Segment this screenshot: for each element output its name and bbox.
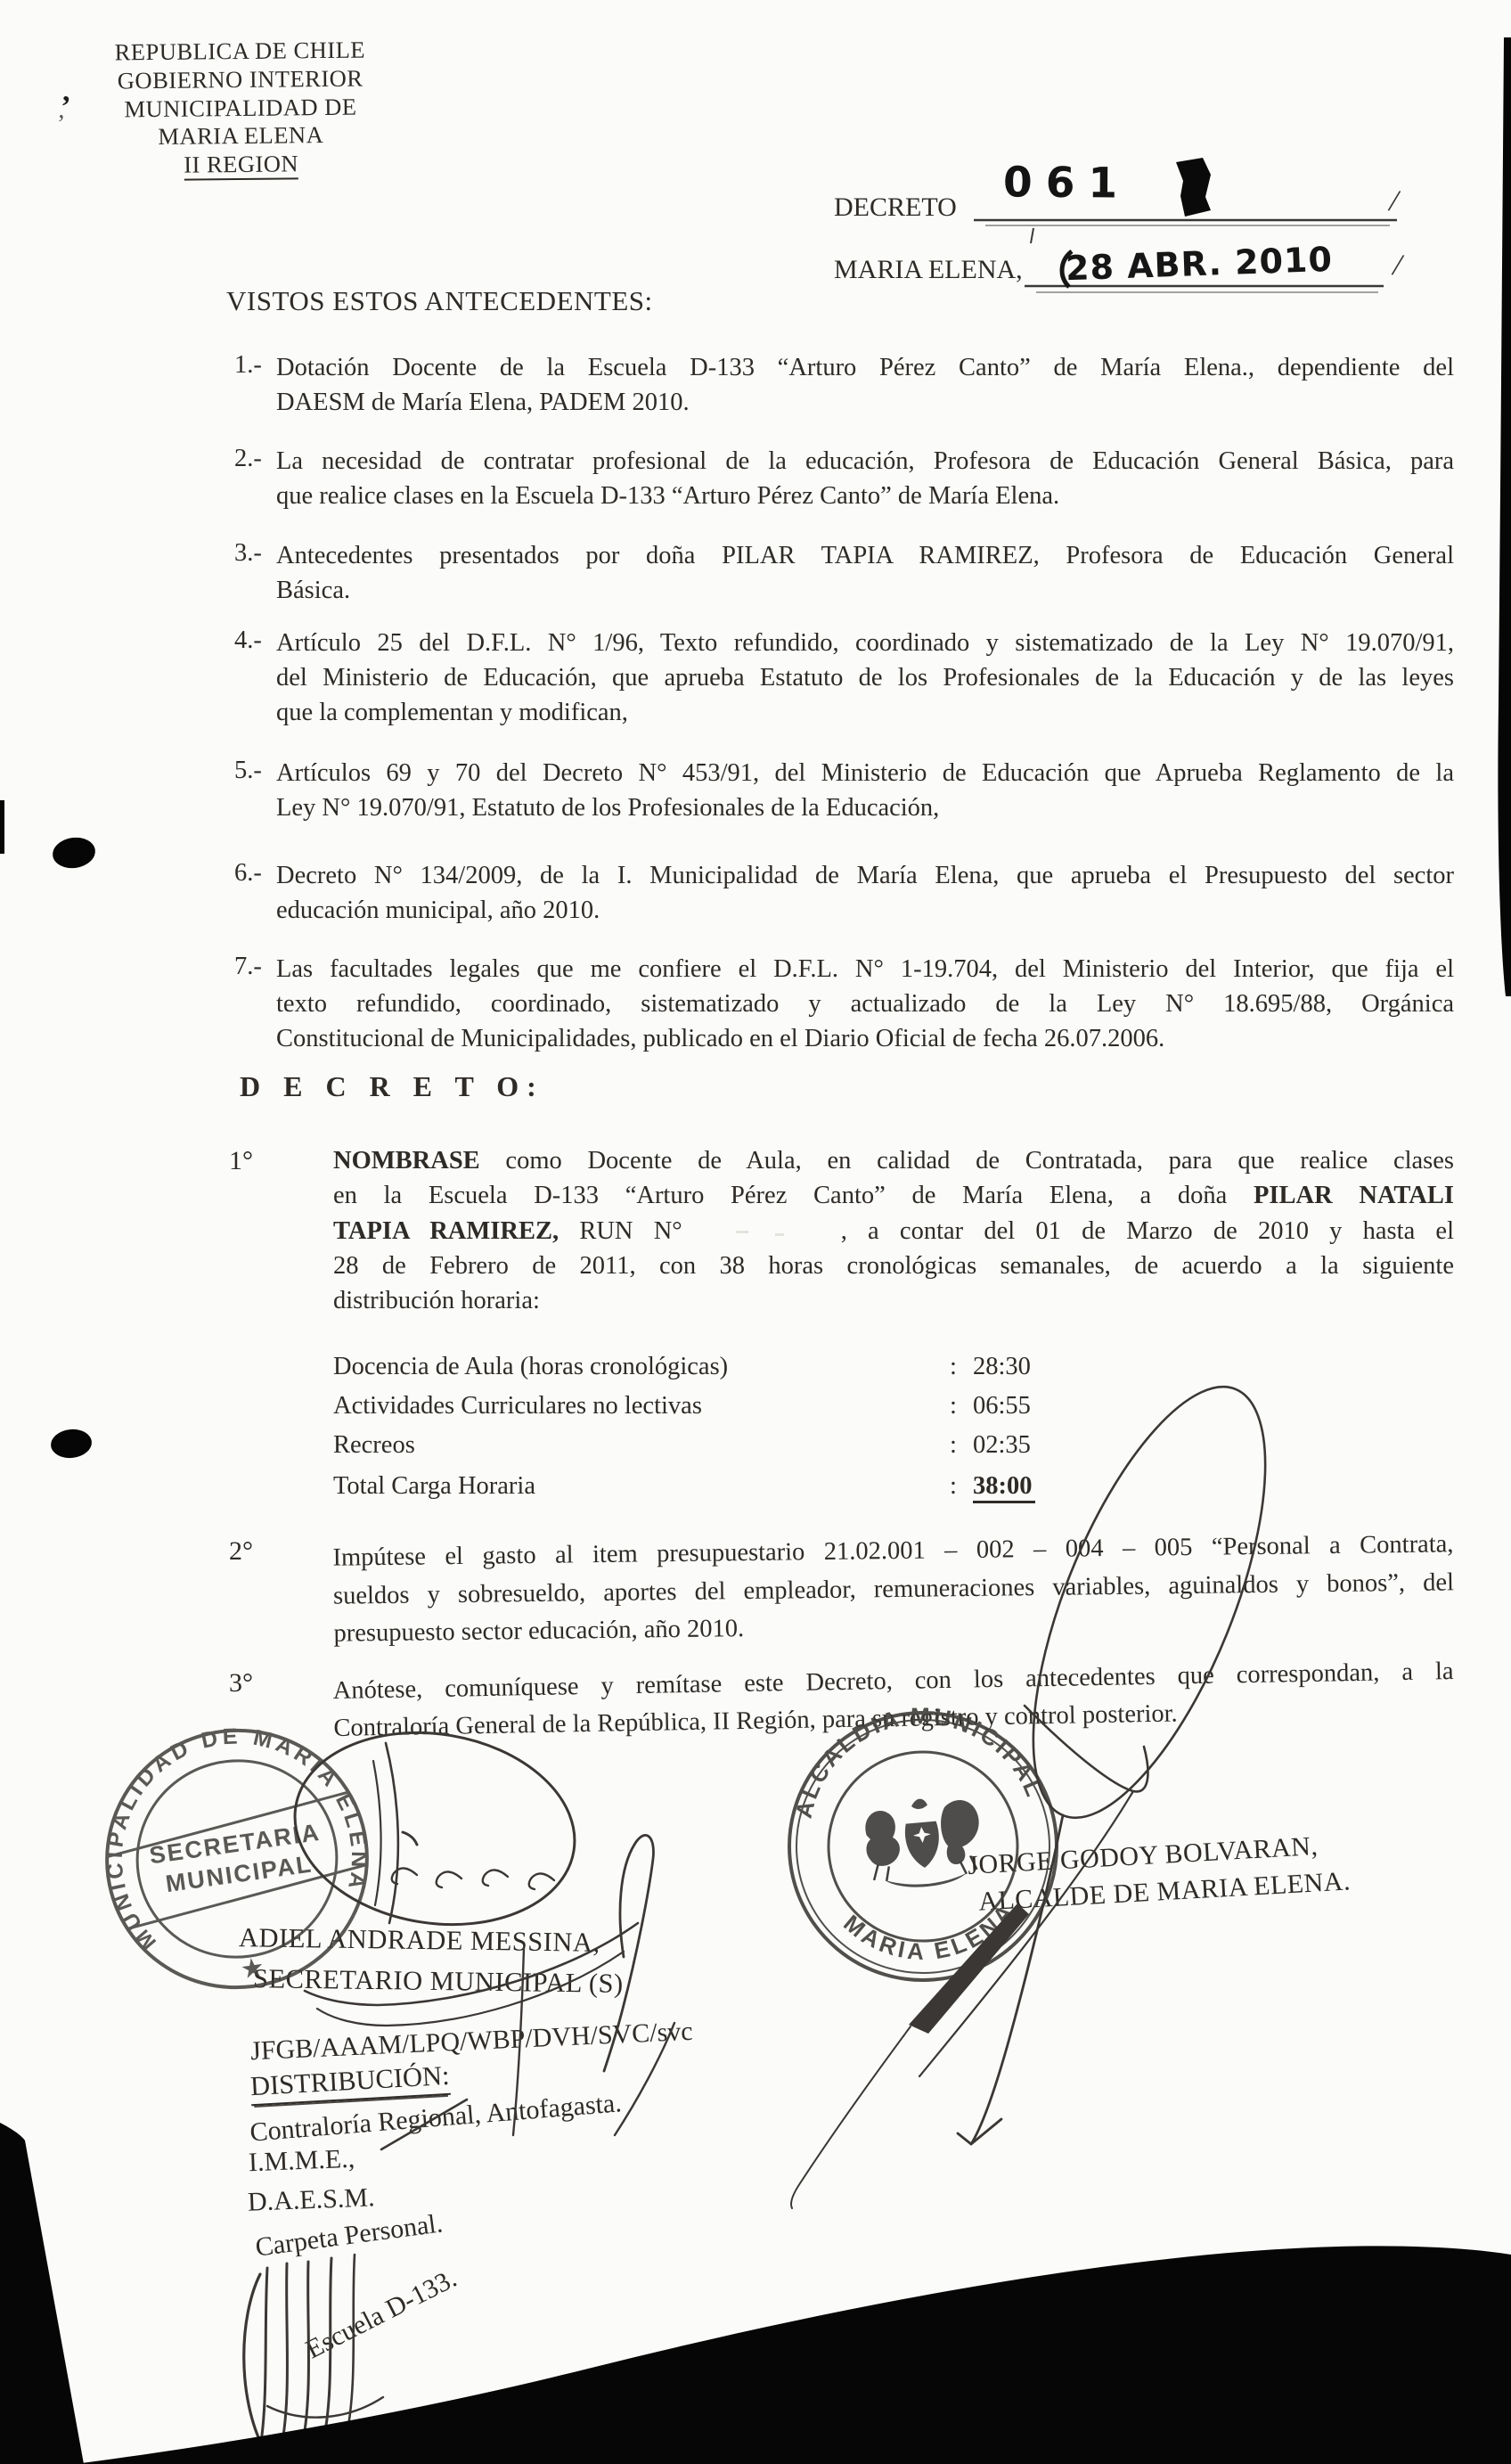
handwritten-slash: / <box>1386 181 1403 219</box>
item-line: Antecedentes presentados por doña PILAR … <box>276 538 1454 573</box>
row-label: Docencia de Aula (horas cronológicas) <box>333 1353 728 1380</box>
distribution-heading: DISTRIBUCIÓN: <box>249 2060 451 2106</box>
handwritten-slash: / <box>1390 245 1407 283</box>
resolution-number: 3° <box>229 1668 253 1699</box>
letterhead-region-line: II REGION <box>78 149 405 181</box>
paragraph-line: 28 de Febrero de 2011, con 38 horas cron… <box>333 1248 1454 1283</box>
secretary-title: SECRETARIO MUNICIPAL (S) <box>253 1963 624 2000</box>
item-line: La necesidad de contratar profesional de… <box>276 444 1454 479</box>
date-stamp: 28 ABR. 2010 <box>1065 240 1333 288</box>
scanned-decree-page: REPUBLICA DE CHILE GOBIERNO INTERIOR MUN… <box>0 0 1511 2464</box>
redacted-run-number <box>682 1223 841 1239</box>
letterhead-line: GOBIERNO INTERIOR <box>77 64 404 96</box>
item-number: 4.- <box>234 626 262 655</box>
row-label: Actividades Curriculares no lectivas <box>333 1392 702 1420</box>
item-line: del Ministerio de Educación, que aprueba… <box>276 660 1454 695</box>
decree-label: DECRETO <box>834 192 957 223</box>
item-number: 1.- <box>234 351 262 380</box>
resolution-number: 2° <box>229 1536 253 1567</box>
table-row: Actividades Curriculares no lectivas : 0… <box>333 1392 702 1420</box>
coat-of-arms <box>862 1794 984 1892</box>
row-value: 38:00 <box>973 1472 1035 1503</box>
distribution-item: D.A.E.S.M. <box>247 2182 375 2217</box>
resolution-1-text: NOMBRASE como Docente de Aula, en calida… <box>333 1143 1454 1318</box>
item-line: Decreto N° 134/2009, de la I. Municipali… <box>276 858 1454 893</box>
stray-ink-mark: ’ <box>57 111 65 139</box>
item-line: Las facultades legales que me confiere e… <box>276 952 1454 986</box>
item-line: Artículo 25 del D.F.L. N° 1/96, Texto re… <box>276 626 1454 660</box>
letterhead-line: MUNICIPALIDAD DE <box>77 93 404 125</box>
item-line: Básica. <box>276 573 1454 608</box>
resolution-3-text: Anótese, comuníquese y remítase este Dec… <box>332 1653 1454 1748</box>
distribution-item: Escuela D-133. <box>301 2263 461 2365</box>
row-value: 06:55 <box>973 1392 1031 1420</box>
place-label: MARIA ELENA, <box>834 255 1023 285</box>
vistos-heading: VISTOS ESTOS ANTECEDENTES: <box>226 285 653 317</box>
distribution-item: I.M.M.E., <box>248 2144 355 2179</box>
stamp-banner-text: MUNICIPAL <box>164 1850 314 1897</box>
item-line: DAESM de María Elena, PADEM 2010. <box>276 385 1454 420</box>
item-line: Ley N° 19.070/91, Estatuto de los Profes… <box>276 790 1454 825</box>
row-value: 02:35 <box>973 1431 1031 1460</box>
item-line: que realice clases en la Escuela D-133 “… <box>276 479 1454 513</box>
item-line: texto refundido, coordinado, sistematiza… <box>276 986 1454 1021</box>
item-line: educación municipal, año 2010. <box>276 893 1454 928</box>
item-line: Constitucional de Municipalidades, publi… <box>276 1021 1454 1056</box>
responsibility-initials: JFGB/AAAM/LPQ/WBP/DVH/SVC/svc <box>249 2017 693 2067</box>
resolution-number: 1° <box>229 1146 253 1176</box>
item-line: que la complementan y modifican, <box>276 695 1454 730</box>
ink-smudge <box>1176 158 1211 217</box>
row-label: Recreos <box>333 1431 415 1459</box>
item-number: 7.- <box>234 953 262 981</box>
row-value: 28:30 <box>973 1353 1031 1381</box>
stray-ink-mark: , <box>62 75 70 109</box>
item-number: 2.- <box>234 445 262 473</box>
row-label: Total Carga Horaria <box>333 1472 535 1500</box>
distribution-item: Carpeta Personal. <box>254 2208 445 2263</box>
item-number: 6.- <box>234 859 262 888</box>
decreto-heading: D E C R E T O: <box>240 1070 544 1103</box>
item-number: 5.- <box>234 757 262 785</box>
resolution-2-text: Impútese el gasto al item presupuestario… <box>332 1526 1454 1653</box>
letterhead-line: MARIA ELENA <box>77 120 404 152</box>
coat-of-arms-legs <box>873 1855 977 1882</box>
paragraph-line: NOMBRASE como Docente de Aula, en calida… <box>333 1143 1454 1178</box>
letterhead-line: REPUBLICA DE CHILE <box>76 36 404 68</box>
item-line: Artículos 69 y 70 del Decreto N° 453/91,… <box>276 756 1454 790</box>
shield-star <box>912 1826 931 1844</box>
decree-number-stamp: 061 <box>1003 158 1131 208</box>
stamp-banner-text: SECRETARIA <box>148 1819 323 1870</box>
paragraph-line: en la Escuela D-133 “Arturo Pérez Canto”… <box>333 1178 1454 1213</box>
secretary-name: ADIEL ANDRADE MESSINA, <box>239 1922 600 1959</box>
item-line: Dotación Docente de la Escuela D-133 “Ar… <box>276 350 1454 385</box>
table-row-total: Total Carga Horaria : 38:00 <box>333 1472 535 1501</box>
hour-distribution-table: Docencia de Aula (horas cronológicas) : … <box>333 1353 1135 1522</box>
table-row: Recreos : 02:35 <box>333 1431 415 1460</box>
item-number: 3.- <box>234 539 262 568</box>
paragraph-line: TAPIA RAMIREZ, RUN N°, a contar del 01 d… <box>333 1214 1454 1248</box>
paragraph-line: distribución horaria: <box>333 1283 1454 1318</box>
table-row: Docencia de Aula (horas cronológicas) : … <box>333 1353 728 1381</box>
letterhead: REPUBLICA DE CHILE GOBIERNO INTERIOR MUN… <box>76 36 405 181</box>
